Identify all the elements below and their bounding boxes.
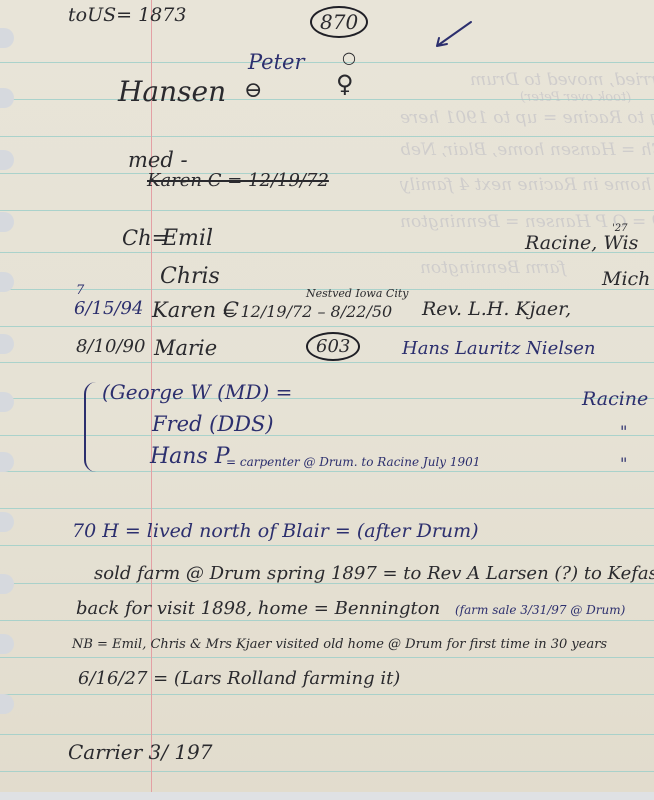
bleed-through-text: to farming to Racine = up to 1901 here: [400, 108, 654, 128]
given-name: Peter: [248, 52, 305, 73]
note-line-4: NB = Emil, Chris & Mrs Kjaer visited old…: [72, 638, 607, 651]
ruled-line: [0, 362, 654, 363]
ditto-mark: ": [620, 456, 627, 472]
child-name-emil: Emil: [162, 228, 213, 250]
ruled-line: [0, 210, 654, 211]
surname: Hansen: [118, 78, 226, 106]
grouped-child-george: (George W (MD) =: [102, 382, 292, 402]
ruled-line: [0, 545, 654, 546]
ruled-line: [0, 657, 654, 658]
note-line-3: back for visit 1898, home = Bennington: [76, 600, 440, 618]
farm-sale-note: (farm sale 3/31/97 @ Drum): [455, 604, 625, 616]
marie-record-number: 603: [306, 338, 360, 356]
ruled-line: [0, 620, 654, 621]
child-date-marie: 8/10/90: [76, 338, 145, 356]
child-date-karen: 6/15/94: [74, 300, 143, 318]
notebook-page: Hans P(M) married, moved to Drum (took o…: [0, 0, 654, 800]
checkmark-icon: [433, 20, 473, 50]
hans-note: = carpenter @ Drum. to Racine July 1901: [226, 456, 480, 468]
bleed-through-text: 1899 Ch = Hansen home, Blair, Neb: [400, 140, 654, 160]
ruled-line: [0, 734, 654, 735]
bleed-through-text: (took over Peter): [520, 90, 631, 105]
note-line-5: 6/16/27 = (Lars Rolland farming it): [78, 670, 400, 688]
male-symbol-icon: ⊖: [244, 80, 262, 102]
bleed-through-text: Hans P(M) married, moved to Drum: [470, 70, 654, 90]
note-line-2: sold farm @ Drum spring 1897 = to Rev A …: [94, 565, 654, 583]
note-line-1: 70 H = lived north of Blair = (after Dru…: [72, 522, 479, 541]
marriage-label: med -: [128, 150, 188, 171]
to-us-year: toUS= 1873: [68, 6, 186, 25]
child-dates-karen: = 12/19/72 – 8/22/50: [222, 304, 392, 320]
ruled-line: [0, 694, 654, 695]
child-place-emil: Racine, Wis: [525, 234, 638, 253]
ruled-line: [0, 508, 654, 509]
child-name-chris: Chris: [160, 266, 220, 288]
page-edge: [0, 792, 654, 800]
footer-source: Carrier 3/ 197: [68, 742, 213, 762]
grouped-place-george: Racine: [582, 390, 648, 409]
struck-marriage-entry: Karen C = 12/19/72: [147, 172, 329, 190]
officiant: Rev. L.H. Kjaer,: [422, 300, 571, 319]
ruled-line: [0, 771, 654, 772]
ruled-line: [0, 62, 654, 63]
child-place-note: '27: [612, 224, 627, 234]
spouse-symbol-icon: ○: [342, 50, 356, 66]
child-name-marie: Marie: [154, 338, 217, 359]
ditto-mark: ": [620, 424, 627, 440]
ruled-line: [0, 136, 654, 137]
grouped-child-hans: Hans P: [150, 446, 230, 468]
child-place-chris: Mich: [602, 270, 650, 289]
bleed-through-text: home in Racine next 4 family: [400, 175, 651, 195]
grouped-child-fred: Fred (DDS): [152, 414, 274, 435]
record-number-circle: 870: [310, 6, 368, 38]
child-places-super: Nestved Iowa City: [306, 288, 408, 299]
binder-holes: [0, 0, 22, 800]
female-symbol-icon: ♀: [336, 72, 354, 96]
ruled-line: [0, 326, 654, 327]
marie-spouse: Hans Lauritz Nielsen: [402, 340, 595, 358]
record-number: 870: [310, 12, 368, 32]
bleed-through-text: farm Bennington: [420, 258, 566, 278]
date-note: 7: [76, 284, 84, 297]
